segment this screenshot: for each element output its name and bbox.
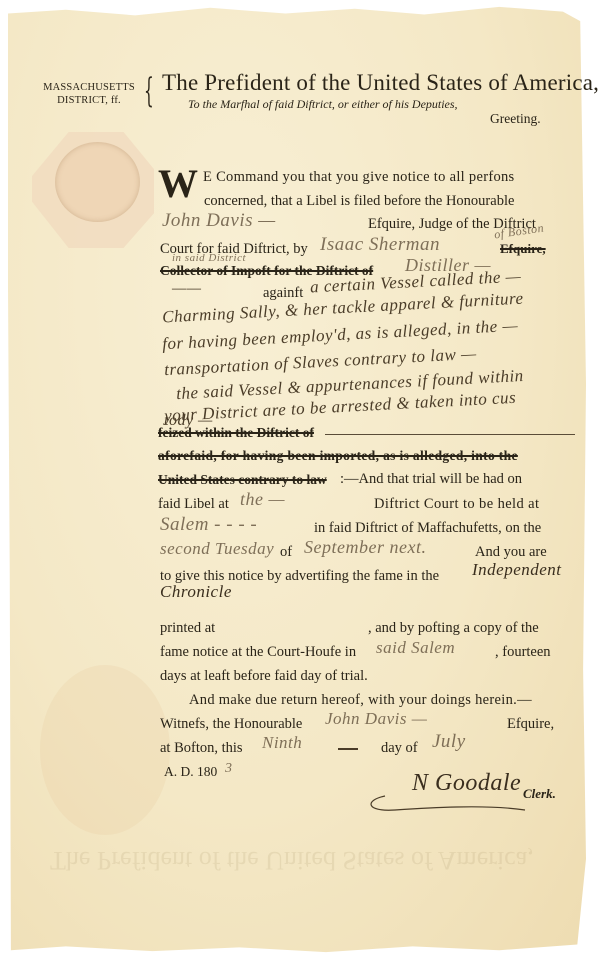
body-days: days at leaft before faid day of trial.: [160, 668, 368, 685]
body-district-court: Diftrict Court to be held at: [374, 496, 539, 513]
struck-seized: feized within the Diftrict of: [158, 425, 314, 441]
document-title: The Prefident of the United States of Am…: [162, 70, 599, 96]
body-witness: Witnefs, the Honourable: [160, 716, 302, 733]
body-day-of: day of: [381, 740, 418, 757]
body-trial: :—And that trial will be had on: [340, 471, 522, 488]
district-line-2: DISTRICT, ff.: [34, 94, 144, 107]
year-handwritten: 3: [225, 761, 233, 777]
body-fourteen: , fourteen: [495, 644, 551, 661]
district-line-1: MASSACHUSETTS: [34, 81, 144, 94]
libellant-handwritten: Isaac Sherman: [320, 234, 440, 256]
body-posting: , and by pofting a copy of the: [368, 620, 539, 637]
body-line-1: E Command you that you give notice to al…: [203, 169, 515, 186]
court-handwritten: the —: [240, 489, 285, 510]
newspaper-handwritten-1: Independent: [472, 560, 562, 580]
document-subtitle: To the Marfhal of faid Diftrict, or eith…: [188, 97, 458, 112]
struck-aforesaid: aforefaid, for having been imported, as …: [158, 448, 518, 464]
signature-flourish: [365, 790, 545, 820]
place-handwritten: Salem - - - -: [160, 514, 257, 536]
judge-name-handwritten: John Davis —: [162, 210, 276, 232]
brace-glyph: {: [144, 74, 154, 108]
body-anno-domini: A. D. 180: [164, 764, 217, 780]
dash-handwritten: ——: [172, 280, 201, 298]
body-return: And make due return hereof, with your do…: [189, 692, 532, 709]
day-handwritten: second Tuesday: [160, 539, 274, 559]
day-number-handwritten: Ninth: [262, 733, 302, 753]
body-in-said: in faid Diftrict of Maffachufetts, on th…: [314, 520, 541, 537]
witness-handwritten: John Davis —: [325, 709, 427, 729]
struck-esquire: Efquire,: [500, 241, 546, 257]
newspaper-handwritten-2: Chronicle: [160, 582, 232, 602]
paper-stain: [40, 665, 170, 835]
body-esquire: Efquire,: [507, 716, 554, 733]
body-printed-at: printed at: [160, 620, 215, 637]
fill-rule: [325, 434, 575, 435]
body-libel-at: faid Libel at: [158, 496, 229, 513]
body-of: of: [280, 544, 292, 561]
body-courthouse: fame notice at the Court-Houfe in: [160, 644, 356, 661]
struck-united-states: United States contrary to law: [158, 472, 327, 488]
greeting: Greeting.: [490, 111, 541, 127]
body-and-you-are: And you are: [475, 544, 547, 561]
dash-mark: [338, 748, 358, 750]
month-handwritten: September next.: [304, 537, 426, 558]
body-line-2: concerned, that a Libel is filed before …: [204, 193, 514, 210]
clerk-label: Clerk.: [523, 786, 556, 802]
show-through-text: The Prefident of the United States of Am…: [50, 845, 534, 875]
seal-impression: [55, 142, 140, 222]
courthouse-handwritten: said Salem: [376, 638, 455, 658]
district-label: MASSACHUSETTS DISTRICT, ff.: [34, 81, 144, 107]
month-name-handwritten: July: [432, 731, 466, 753]
drop-cap: W: [158, 164, 198, 204]
body-boston: at Bofton, this: [160, 740, 243, 757]
